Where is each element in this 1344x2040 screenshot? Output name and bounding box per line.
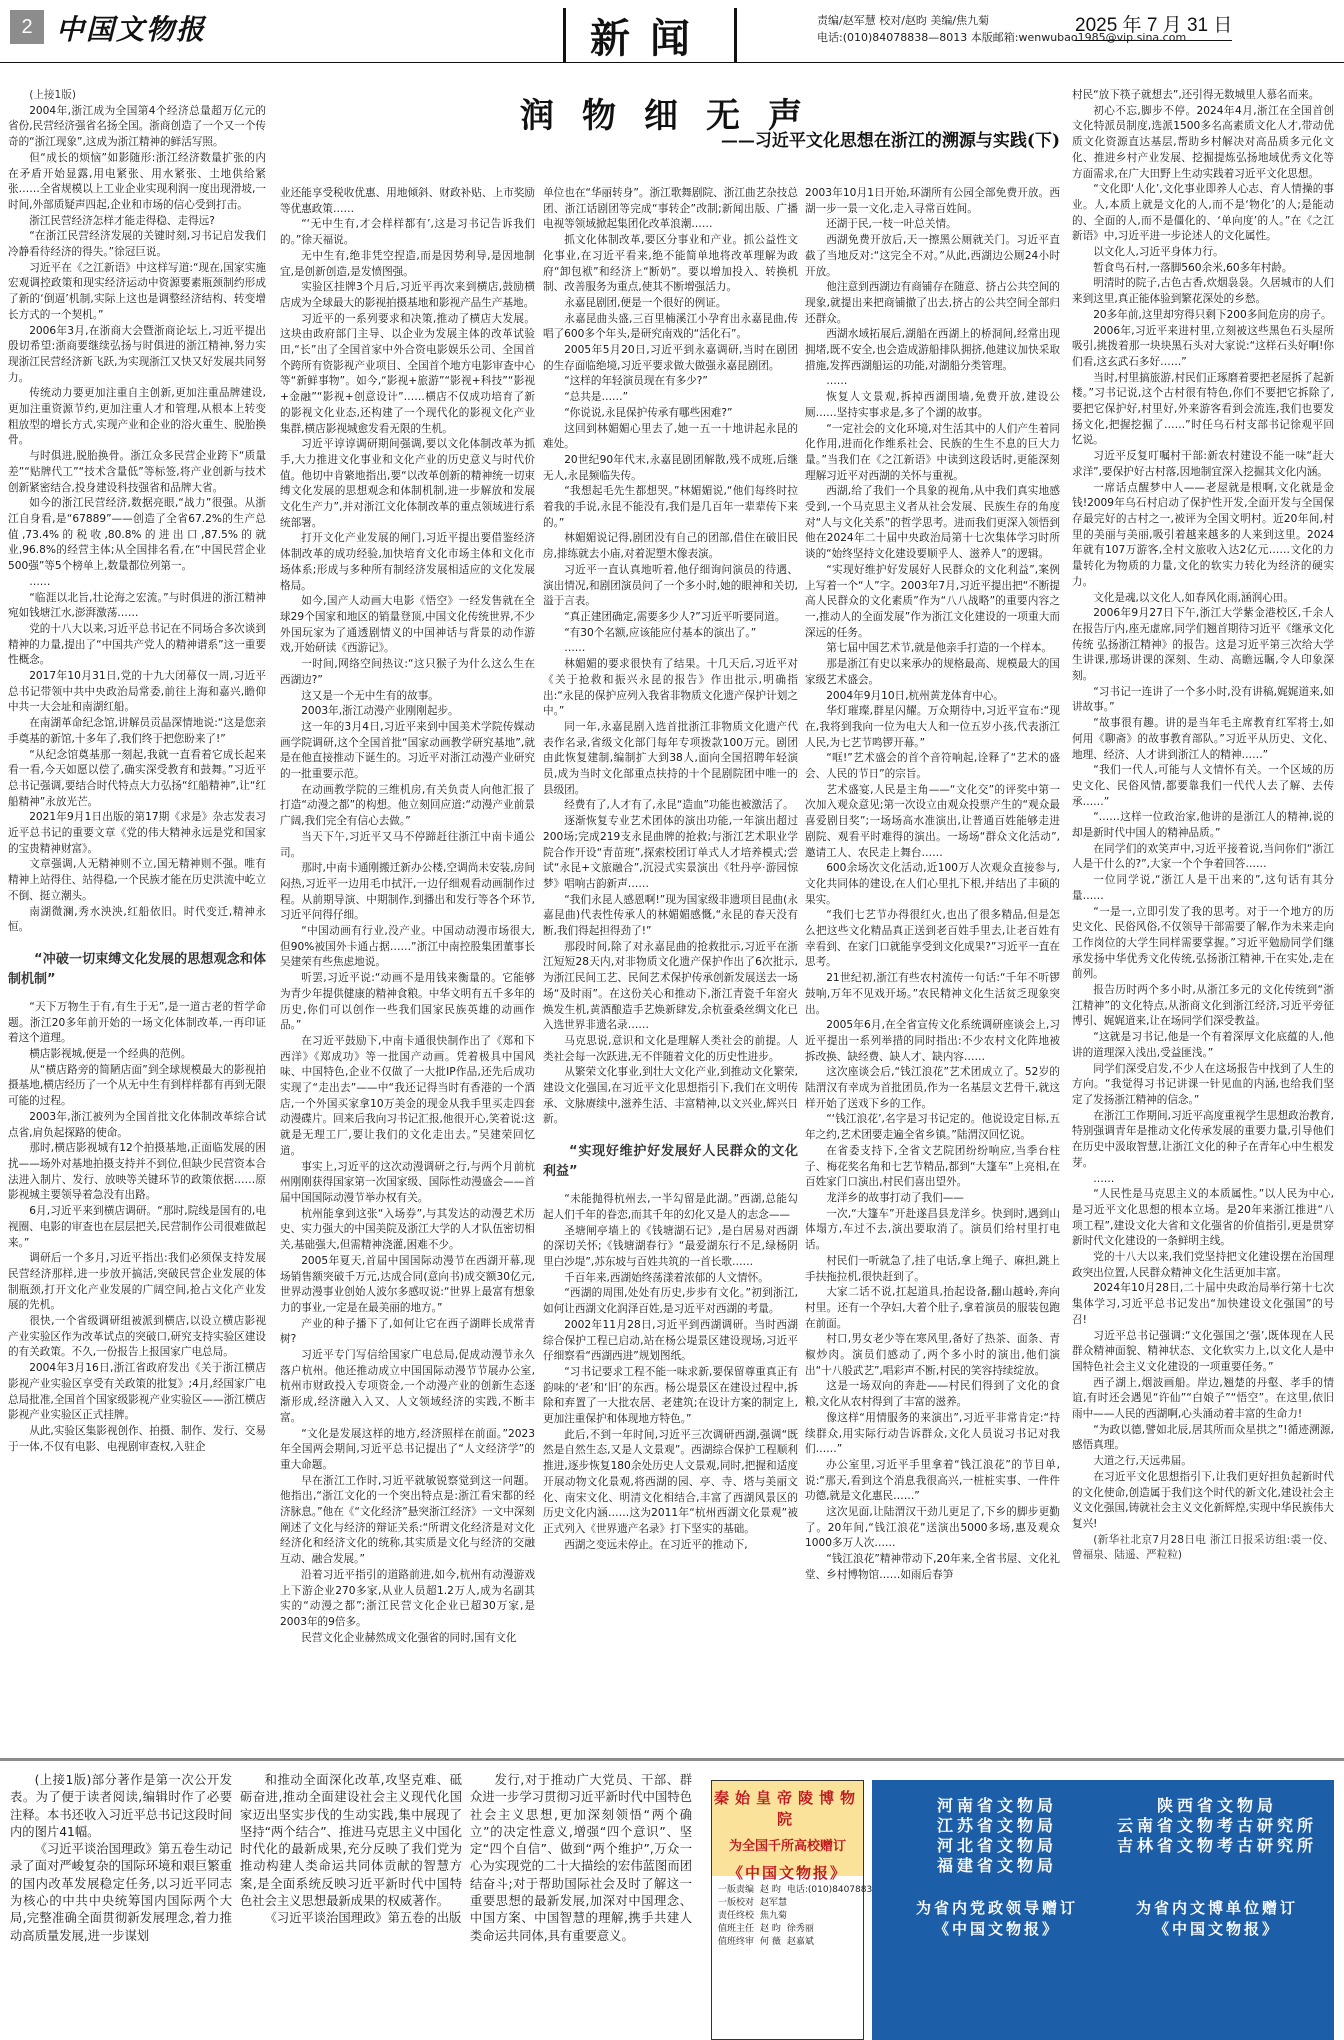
paragraph: 2006年9月27日下午,浙江大学紫金港校区,千余人在报告厅内,座无虚席,同学们… [1072, 606, 1334, 685]
paragraph: 习近平一直认真地听着,他仔细询问演员的待遇、演出情况,和剧团演员问了一个多小时,… [543, 563, 798, 610]
paragraph: 事实上,习近平的这次动漫调研之行,与两个月前杭州刚刚获得国家第一次国家级、国际性… [280, 1160, 535, 1207]
paragraph: 无中生有,绝非凭空捏造,而是因势利导,是因地制宜,是创新创造,是发愤图强。 [280, 249, 535, 280]
paragraph: “钱江浪花”精神带动下,20年来,全省书屋、文化礼堂、乡村博物馆……如雨后春笋 [805, 1552, 1060, 1583]
paragraph: 发行,对于推动广大党员、干部、群众进一步学习贯彻习近平新时代中国特色社会主义思想… [470, 1772, 692, 1945]
paragraph: “习书记一连讲了一个多小时,没有讲稿,娓娓道来,如讲故事。” [1072, 685, 1334, 716]
paragraph: 与时俱进,脱胎换骨。浙江众多民营企业跨下“质量差”“贴牌代工”“技术含量低”等标… [8, 449, 266, 496]
paragraph: “这样的年轻演员现在有多少?” [543, 374, 798, 390]
staff-cell: 赵嘉斌 [787, 1936, 814, 1949]
paragraph: 西湖之变远未停止。在习近平的推动下, [543, 1538, 798, 1554]
paragraph: 从繁荣文化事业,到壮大文化产业,到推动文化繁荣,建设文化强国,在习近平文化思想指… [543, 1065, 798, 1128]
staff-cell: 责任终校 [718, 1910, 754, 1923]
paragraph: 在南湖革命纪念馆,讲解员贡晶深情地说:“这是您亲手奠基的新馆,十多年了,我们终于… [8, 716, 266, 747]
paragraph: “哐!”艺术盛会的首个音符响起,诠释了“艺术的盛会、人民的节日”的宗旨。 [805, 751, 1060, 782]
ad-footer: 为省内文博单位赠订 《中国文物报》 [1112, 1898, 1322, 1940]
staff-cell: 值班主任 [718, 1923, 754, 1936]
paragraph: 在同学们的欢笑声中,习近平接着说,当问你们“浙江人是干什么的?”,大家一个个争着… [1072, 842, 1334, 873]
staff-cell: 赵 昀 [760, 1923, 781, 1936]
article-column-4: 2003年10月1日开始,环湖所有公园全部免费开放。西湖一步一景一文化,走入寻常… [805, 186, 1060, 1740]
paragraph: 2006年3月,在浙商大会暨浙商论坛上,习近平提出殷切希望:浙商要继续弘扬与时俱… [8, 324, 266, 387]
ad-footer-paper: 《中国文物报》 [892, 1919, 1102, 1940]
paragraph: 21世纪初,浙江有些农村流传一句话:“千年不听锣鼓响,万年不见戏开场。”农民精神… [805, 971, 1060, 1018]
paragraph: “西湖的周围,处处有历史,步步有文化。”初到浙江,如何让西湖文化润泽百姓,是习近… [543, 1286, 798, 1317]
paragraph: 实验区挂牌3个月后,习近平再次来到横店,鼓励横店成为全球最大的影视拍摄基地和影视… [280, 280, 535, 311]
paragraph: “这就是习书记,他是一个有着深厚文化底蕴的人,他讲的道理深入浅出,受益匪浅。” [1072, 1030, 1334, 1061]
paragraph: “文化即‘人化’,文化事业即养人心志、育人情操的事业。人,本质上就是文化的人,而… [1072, 182, 1334, 245]
paragraph: 这是一场双向的奔赴——村民们得到了文化的食粮,文化从农村得到了丰富的滋养。 [805, 1379, 1060, 1410]
paragraph: 在动画教学院的三维机房,有关负责人向他汇报了打造“动漫之都”的构想。他立刻回应道… [280, 783, 535, 830]
paragraph: 永嘉昆剧团,便是一个很好的例证。 [543, 296, 798, 312]
paragraph: 圣塘闸亭墙上的《钱塘湖石记》,是白居易对西湖的深切关怀;《钱塘湖春行》“最爱湖东… [543, 1224, 798, 1271]
paragraph: “你说说,永昆保护传承有哪些困难?” [543, 406, 798, 422]
paragraph: “我们一代人,可能与人文情怀有关。一个区域的历史文化、民俗风情,都要靠我们一代代… [1072, 763, 1334, 810]
paragraph: 抓文化体制改革,要区分事业和产业。抓公益性文化事业,在习近平看来,绝不能简单地将… [543, 233, 798, 296]
staff-list: 一版责编赵 昀电话:(010)84078838—6163一版校对赵军慧责任终校焦… [712, 1876, 863, 1957]
paragraph: “天下万物生于有,有生于无”,是一道古老的哲学命题。浙江20多年前开始的一场文化… [8, 1000, 266, 1047]
article-column-2: 业还能享受税收优惠、用地倾斜、财政补贴、上市奖励等优惠政策……“‘无中生有,才会… [280, 186, 535, 1740]
paragraph: 20世纪90年代末,永嘉昆剧团解散,残不成班,后继无人,永昆频临失传。 [543, 453, 798, 484]
org-list: 河南省文物局江苏省文物局河北省文物局福建省文物局 [892, 1796, 1102, 1876]
article-column-1: (上接1版)2004年,浙江成为全国第4个经济总量超万亿元的省份,民营经济强省名… [8, 88, 266, 1740]
paragraph: “为政以德,譬如北辰,居其所而众星拱之”!循迹溯源,感悟真理。 [1072, 1423, 1334, 1454]
paragraph: 恢复人文景观,拆掉西湖围墙,免费开放,建设公厕……坚持实事求是,多了个湖的故事。 [805, 390, 1060, 421]
staff-cell: 一版责编 [718, 1884, 754, 1897]
paragraph: 文章强调,人无精神则不立,国无精神则不强。唯有精神上站得住、站得稳,一个民族才能… [8, 857, 266, 904]
paragraph: 以文化人,习近平身体力行。 [1072, 245, 1334, 261]
divider [734, 8, 737, 62]
paragraph: 产业的种子播下了,如何让它在西子湖畔长成常青树? [280, 1317, 535, 1348]
paragraph: 如今的浙江民营经济,数据亮眼,“战力”很强。从浙江自身看,是“67889”——创… [8, 496, 266, 575]
paragraph: 文化是魂,以文化人,如春风化雨,涵润心田。 [1072, 591, 1334, 607]
paragraph: 当天下午,习近平又马不停蹄赶往浙江中南卡通公司。 [280, 830, 535, 861]
paragraph: “人民性是马克思主义的本质属性。”以人民为中心,是习近平文化思想的根本立场。是2… [1072, 1187, 1334, 1250]
paragraph: 2003年,浙江动漫产业刚刚起步。 [280, 704, 535, 720]
paragraph: 村民“放下筷子就想去”,还引得无数城里人慕名而来。 [1072, 88, 1334, 104]
section-title: 新闻 [566, 7, 734, 64]
paragraph: 早在浙江工作时,习近平就敏锐察觉到这一问题。他指出,“浙江文化的一个突出特点是:… [280, 1474, 535, 1568]
paragraph: 习近平总书记强调:“文化强国之‘强’,既体现在人民群众精神面貌、精神状态、文化软… [1072, 1329, 1334, 1376]
paragraph: 2005年5月20日,习近平到永嘉调研,当时在剧团的生存面临绝境,习近平要求做大… [543, 343, 798, 374]
paragraph: 调研后一个多月,习近平指出:我们必须保支持发展民营经济那样,进一步放开搞活,突破… [8, 1251, 266, 1314]
ad-left-group: 河南省文物局江苏省文物局河北省文物局福建省文物局 为省内党政领导赠订 《中国文物… [892, 1796, 1102, 1940]
paragraph: “中国动画有行业,没产业。中国动动漫市场很大,但90%被国外卡通占据……”浙江中… [280, 924, 535, 971]
paragraph: 杭州能拿到这张“入场券”,与其发达的动漫艺术历史、实力强大的中国美院及浙江大学的… [280, 1207, 535, 1254]
paragraph: 林媚媚的要求很快有了结果。十几天后,习近平对《关于抢救和振兴永昆的报告》作出批示… [543, 657, 798, 720]
paragraph: 在浙江工作期间,习近平高度重视学生思想政治教育,特别强调青年是推动文化传承发展的… [1072, 1109, 1334, 1172]
paragraph: 那段时间,除了对永嘉昆曲的抢救批示,习近平在浙江短短28天内,对非物质文化遗产保… [543, 940, 798, 1034]
paragraph: “真正建团确定,需要多少人?”习近平听要同道。 [543, 610, 798, 626]
staff-row: 一版责编赵 昀电话:(010)84078838—6163 [718, 1884, 857, 1897]
paragraph: 2003年,浙江被列为全国首批文化体制改革综合试点省,肩负起探路的使命。 [8, 1110, 266, 1141]
staff-cell: 赵 昀 [760, 1884, 781, 1897]
paragraph: …… [1072, 1172, 1334, 1188]
paragraph: 一时间,网络空间热议:“这只猴子为什么这么生在西湖边?” [280, 657, 535, 688]
paragraph: “‘钱江浪花’,名字是习书记定的。他说设定目标,五年之约,艺术团要走遍全省乡镇。… [805, 1112, 1060, 1143]
paragraph: 这次见面,让陆渭汉干劲儿更足了,下乡的脚步更勤了。20年间,“钱江浪花”送演出5… [805, 1505, 1060, 1552]
bottom-article-column-1: (上接1版)部分著作是第一次公开发表。为了便于读者阅读,编辑时作了必要注释。本书… [10, 1772, 232, 2040]
paragraph: 当时,村里搞旅游,村民们正琢磨着要把老屋拆了起新楼。”习书记说,这个古村很有特色… [1072, 371, 1334, 450]
paragraph: “总共是……” [543, 390, 798, 406]
newspaper-logo: 中国文物报 [56, 8, 206, 48]
article-subtitle: ——习近平文化思想在浙江的溯源与实践(下) [530, 126, 1060, 151]
paragraph: 《习近平谈治国理政》第五卷的出版 [240, 1910, 462, 1927]
staff-row: 一版校对赵军慧 [718, 1897, 857, 1910]
paragraph: 2005年6月,在全省宣传文化系统调研座谈会上,习近平提出一系列举措的同时指出:… [805, 1018, 1060, 1065]
paragraph: 大道之行,天远弗届。 [1072, 1454, 1334, 1470]
paragraph: 南湖微澜,秀水泱泱,红船依旧。时代变迁,精神永恒。 [8, 905, 266, 936]
paragraph: (上接1版)部分著作是第一次公开发表。为了便于读者阅读,编辑时作了必要注释。本书… [10, 1772, 232, 1841]
paragraph: “我们七艺节办得很红火,也出了很多精品,但是怎么把这些文化精品真正送到老百姓手里… [805, 908, 1060, 971]
paragraph: “故事很有趣。讲的是当年毛主席教育红军将士,如何用《聊斋》的故事教育部队。”习近… [1072, 716, 1334, 763]
section-heading: “冲破一切束缚文化发展的思想观念和体制机制” [8, 950, 266, 990]
paragraph: “我想起毛先生都想哭。”林媚媚说,“他们每终时拉着我的手说,永昆不能没有,我们是… [543, 484, 798, 531]
paragraph: 如今,国产人动画大电影《悟空》一经发售就在全球29个国家和地区的销量登顶,中国文… [280, 594, 535, 657]
paragraph: 初心不忘,脚步不停。2024年4月,浙江在全国首创文化特派员制度,选派1500多… [1072, 104, 1334, 183]
paragraph: 村民们一听就急了,挂了电话,拿上绳子、麻担,跳上手扶拖拉机,很快赶到了。 [805, 1254, 1060, 1285]
paragraph: 那时,中南卡通刚搬迁新办公楼,空调尚未安装,房间闷热,习近平一边用毛巾拭汗,一边… [280, 861, 535, 924]
paragraph: 习近平专门写信给国家广电总局,促成动漫节永久落户杭州。他还推动成立中国国际动漫节… [280, 1348, 535, 1427]
paragraph: 在省委支持下,全省文艺院团纷纷响应,当季台柱子、梅花奖名角和七艺节精品,都到“大… [805, 1144, 1060, 1191]
paragraph: 同学们深受启发,不少人在这场报告中找到了人生的方向。“我觉得习书记讲课一针见血的… [1072, 1062, 1334, 1109]
paragraph: 2004年9月10日,杭州黄龙体育中心。 [805, 689, 1060, 705]
paragraph: 千百年来,西湖始终荡漾着浓郁的人文情怀。 [543, 1271, 798, 1287]
paragraph: 华灯璀璨,群星闪耀。万众期待中,习近平宣布:“现在,我将到我向一位为电大人和一位… [805, 704, 1060, 751]
org-name: 河北省文物局 [892, 1836, 1102, 1856]
bottom-article-column-3: 发行,对于推动广大党员、干部、群众进一步学习贯彻习近平新时代中国特色社会主义思想… [470, 1772, 692, 2040]
paragraph: 2003年10月1日开始,环湖所有公园全部免费开放。西湖一步一景一文化,走入寻常… [805, 186, 1060, 217]
paragraph: 林媚媚说记得,剧团没有自己的团部,借住在破旧民房,排练就去小庙,对着泥塑木像表演… [543, 531, 798, 562]
paragraph: 2017年10月31日,党的十九大闭幕仅一周,习近平总书记带领中共中央政治局常委… [8, 669, 266, 716]
paragraph: 逐渐恢复专业艺术团体的演出功能,一年演出超过200场;完成219支永昆曲牌的抢救… [543, 814, 798, 893]
paragraph: “未能抛得杭州去,一半勾留是此湖。”西湖,总能勾起人们千年的眷恋,而其千年的幻化… [543, 1192, 798, 1223]
ad-right-group: 陕西省文物局云南省文物考古研究所吉林省文物考古研究所 为省内文博单位赠订 《中国… [1112, 1796, 1322, 1940]
paragraph: 和推动全面深化改革,攻坚克难、砥砺奋进,推动全面建设社会主义现代化国家迈出坚实步… [240, 1772, 462, 1910]
paragraph: 习近平的一系列要求和决策,推动了横店大发展。这块由政府部门主导、以企业为发展主体… [280, 312, 535, 438]
paragraph: 第七届中国艺术节,就是他亲手打造的一个样本。 [805, 641, 1060, 657]
org-name: 吉林省文物考古研究所 [1112, 1836, 1322, 1856]
paragraph: “一定社会的文化环境,对生活其中的人们产生着同化作用,进而化作维系社会、民族的生… [805, 422, 1060, 485]
staff-cell: 徐秀丽 [787, 1923, 814, 1936]
masthead: 2 中国文物报 新闻 责编/赵军慧 校对/赵昀 美编/焦九菊 电话:(010)8… [0, 0, 1344, 70]
org-name: 河南省文物局 [892, 1796, 1102, 1816]
paragraph: 2004年,浙江成为全国第4个经济总量超万亿元的省份,民营经济强省名扬全国。浙商… [8, 104, 266, 151]
paragraph: 单位也在“华丽转身”。浙江歌舞剧院、浙江曲艺杂技总团、浙江话剧团等完成“事转企”… [543, 186, 798, 233]
paragraph: 沿着习近平指引的道路前进,如今,杭州有动漫游戏上下游企业270多家,从业人员超1… [280, 1568, 535, 1631]
staff-row: 责任终校焦九菊 [718, 1910, 857, 1923]
paragraph: 在习近平鼓励下,中南卡通很快制作出了《郑和下西洋》《郑成功》等一批国产动画。凭着… [280, 1034, 535, 1160]
section-header: 新闻 [563, 8, 737, 62]
bottom-article-column-2: 和推动全面深化改革,攻坚克难、砥砺奋进,推动全面建设社会主义现代化国家迈出坚实步… [240, 1772, 462, 2040]
paragraph: 从“横店路旁的简陋店面”到全球规模最大的影视拍摄基地,横店经历了一个从无中生有到… [8, 1063, 266, 1110]
ad-footer-line: 为省内文博单位赠订 [1112, 1898, 1322, 1919]
paragraph: (上接1版) [8, 88, 266, 104]
org-name: 福建省文物局 [892, 1856, 1102, 1876]
staff-cell: 值班终审 [718, 1936, 754, 1949]
paragraph: 暂食鸟石村,一落脚560余米,60多年村龄。 [1072, 261, 1334, 277]
paragraph: 永嘉昆曲头盛,三百里楠溪江小孕育出永嘉昆曲,传唱了600多个年头,是研究南戏的“… [543, 312, 798, 343]
paragraph: 同一年,永嘉昆剧入选首批浙江非物质文化遗产代表作名录,省级文化部门每年专项拨款1… [543, 720, 798, 799]
paragraph: 但“成长的烦恼”如影随形:浙江经济数量扩张的内在矛盾开始显露,用电紧张、用水紧张… [8, 151, 266, 214]
paragraph: 2021年9月1日出版的第17期《求是》杂志发表习近平总书记的重要文章《党的伟大… [8, 810, 266, 857]
paragraph: 村口,男女老少等在寒风里,备好了热茶、面条、青椒炒肉。演员们感动了,两个多小时的… [805, 1332, 1060, 1379]
paragraph: 党的十八大以来,我们党坚持把文化建设摆在治国理政突出位置,人民群众精神文化生活更… [1072, 1250, 1334, 1281]
paragraph: 西湖免费开放后,天一擦黑公厕就关门。习近平直截了当地反对:“这完全不对。”从此,… [805, 233, 1060, 280]
paragraph: “文化是发展这样的地方,经济照样在前面。”2023年全国两会期间,习近平总书记提… [280, 1427, 535, 1474]
paragraph: 业还能享受税收优惠、用地倾斜、财政补贴、上市奖励等优惠政策…… [280, 186, 535, 217]
staff-cell: 赵军慧 [760, 1897, 787, 1910]
paragraph: 这次座谈会后,“钱江浪花”艺术团成立了。52岁的陆渭汉有幸成为首批团员,作为一名… [805, 1065, 1060, 1112]
paragraph: 经费有了,人才有了,永昆“造血”功能也被激活了。 [543, 798, 798, 814]
paragraph: 西湖水域拓展后,湖船在西湖上的桥洞间,经常出现拥堵,既不安全,也会造成游船排队拥… [805, 327, 1060, 374]
ad-sponsor: 秦始皇帝陵博物院 [712, 1787, 863, 1829]
paragraph: 打开文化产业发展的闸门,习近平提出要借鉴经济体制改革的成功经验,加快培育文化市场… [280, 531, 535, 594]
paragraph: 西子湖上,烟波画船。岸边,翘楚的丹壑、孝手的情谊,有时还会遇见“许仙”“白娘子”… [1072, 1376, 1334, 1423]
paragraph: “从纪念馆奠基那一刻起,我就一直看着它成长起来看一看,今天如愿以偿了,确实深受教… [8, 748, 266, 811]
ad-footer-line: 为省内党政领导赠订 [892, 1898, 1102, 1919]
paragraph: 横店影视城,便是一个经典的范例。 [8, 1047, 266, 1063]
paragraph: 传统动力要更加注重自主创新,更加注重品牌建设,更加注重资源节约,更加注重人才和管… [8, 386, 266, 449]
paragraph: 2005年夏天,首届中国国际动漫节在西湖开幕,现场销售额突破千万元,达成合同(意… [280, 1254, 535, 1317]
org-name: 陕西省文物局 [1112, 1796, 1322, 1816]
paragraph: 这回到林媚媚心里去了,她一五一十地讲起永昆的难处。 [543, 422, 798, 453]
paragraph: 西湖,给了我们一个具象的视角,从中我们真实地感受到,一个马克思主义者从社会发展、… [805, 484, 1060, 563]
paragraph: “实现好维护好发展好人民群众的文化利益”,案例上写着一个“人”字。2003年7月… [805, 563, 1060, 642]
org-name: 云南省文物考古研究所 [1112, 1816, 1322, 1836]
paragraph: 那是浙江有史以来承办的规格最高、规模最大的国家级艺术盛会。 [805, 657, 1060, 688]
paragraph: 听罢,习近平说:“动画不是用钱来衡量的。它能够为青少年提供健康的精神食粮。中华文… [280, 971, 535, 1034]
ad-paper-name: 《中国文物报》 [712, 1862, 863, 1883]
paragraph: 他注意到西湖边有商铺存在随意、挤占公共空间的现象,就提出来把商铺撤了出去,挤占的… [805, 280, 1060, 327]
paragraph: 2006年,习近平来进村里,立刻被这些黑色石头屋所吸引,挑拨着那一块块黑石头对大… [1072, 324, 1334, 371]
ad-footer: 为省内党政领导赠订 《中国文物报》 [892, 1898, 1102, 1940]
paragraph: (新华社北京7月28日电 浙江日报采访组:裘一佼、曾福泉、陆遥、严粒粒) [1072, 1533, 1334, 1564]
paragraph: “临涯以北旨,壮论海之宏流。”与时俱进的浙江精神宛如钱塘江水,澎湃激荡…… [8, 591, 266, 622]
paragraph: 明清时的院子,古色古香,炊烟袅袅。久居城市的人们来到这里,真正能体验到繁花深处的… [1072, 276, 1334, 307]
paragraph: 这一年的3月4日,习近平来到中国美术学院传媒动画学院调研,这个全国首批“国家动画… [280, 720, 535, 783]
paragraph: 从此,实验区集影视创作、拍摄、制作、发行、交易于一体,不仅有电影、电视剧审查权,… [8, 1424, 266, 1455]
paragraph: 2024年10月28日,二十届中央政治局举行第十七次集体学习,习近平总书记发出“… [1072, 1281, 1334, 1328]
paragraph: 马克思说,意识和文化是理解人类社会的前提。人类社会每一次跃进,无不伴随着文化的历… [543, 1034, 798, 1065]
paragraph: “习书记要求工程不能一味求新,要保留尊重真正有韵味的‘老’和‘旧’的东西。杨公堤… [543, 1365, 798, 1428]
article-column-3: 单位也在“华丽转身”。浙江歌舞剧院、浙江曲艺杂技总团、浙江话剧团等完成“事转企”… [543, 186, 798, 1740]
paragraph: …… [805, 374, 1060, 390]
ad-banner: 秦始皇帝陵博物院 为全国千所高校赠订 《中国文物报》 [712, 1781, 863, 1876]
paragraph: 那时,横店影视城有12个拍摄基地,正面临发展的困扰——场外对基地拍摄支持并不到位… [8, 1141, 266, 1204]
staff-row: 值班主任赵 昀徐秀丽 [718, 1923, 857, 1936]
paragraph: 大家二话不说,扛起道具,抬起设备,翻山越岭,奔向村里。还有一个孕妇,大着个肚子,… [805, 1285, 1060, 1332]
paragraph: 艺术盛宴,人民是主角——“文化交”的评奖中第一次加入观众意见;第一次设立由观众投… [805, 783, 1060, 862]
ad-provincial-bureaus: 河南省文物局江苏省文物局河北省文物局福建省文物局 为省内党政领导赠订 《中国文物… [872, 1780, 1334, 2040]
paragraph: 报告历时两个多小时,从浙江多元的文化传统到“浙江精神”的文化特点,从浙商文化到浙… [1072, 983, 1334, 1030]
paragraph: 浙江民营经济怎样才能走得稳、走得远? [8, 214, 266, 230]
paragraph: 习近平谆谆调研期间强调,要以文化体制改革为抓手,大力推进文化事业和文化产业的历史… [280, 437, 535, 531]
paragraph: 办公室里,习近平手里拿着“钱江浪花”的节目单,说:“那天,看到这个消息我很高兴,… [805, 1458, 1060, 1505]
publication-date: 2025 年 7 月 31 日 [1075, 10, 1232, 41]
paragraph: “在浙江民营经济发展的关键时刻,习书记启发我们冷静看待经济的得失。”徐冠巨说。 [8, 229, 266, 260]
ad-qin-museum: 秦始皇帝陵博物院 为全国千所高校赠订 《中国文物报》 一版责编赵 昀电话:(01… [711, 1780, 864, 2040]
paragraph: “有30个名额,应该能应付基本的演出了。” [543, 626, 798, 642]
paragraph: 600余场次文化活动,近100万人次观众直接参与,文化共同体的建设,在人们心里扎… [805, 861, 1060, 908]
paragraph: 2002年11月28日,习近平到西湖调研。当时西湖综合保护工程已启动,站在杨公堤… [543, 1318, 798, 1365]
paragraph: 还湖于民,一枝一叶总关情。 [805, 217, 1060, 233]
paragraph: 6月,习近平来到横店调研。“那时,院线是国有的,电视圈、电影的审查也在层层把关,… [8, 1204, 266, 1251]
paragraph: “我们永昆人感恩啊!”现为国家级非遗项目昆曲(永嘉昆曲)代表性传承人的林媚媚感慨… [543, 893, 798, 940]
staff-cell: 一版校对 [718, 1897, 754, 1910]
staff-cell: 焦九菊 [760, 1910, 787, 1923]
masthead-rule [0, 62, 1344, 63]
paragraph: 党的十八大以来,习近平总书记在不同场合多次谈到精神的力量,提出了“中国共产党人的… [8, 622, 266, 669]
paragraph: “……这样一位政治家,他讲的是浙江人的精神,说的却是新时代中国人的精神品质。” [1072, 810, 1334, 841]
paragraph: 在习近平文化思想指引下,让我们更好担负起新时代的文化使命,创造属于我们这个时代的… [1072, 1470, 1334, 1533]
paragraph: 这又是一个无中生有的故事。 [280, 689, 535, 705]
paragraph: “一是一,立即引发了我的思考。对于一个地方的历史文化、民俗风俗,不仅领导干部需要… [1072, 905, 1334, 984]
paragraph: 习近平反复叮嘱村干部:新农村建设不能一味“赶大求洋”,要保护好古村落,因地制宜深… [1072, 449, 1334, 480]
paragraph: …… [543, 641, 798, 657]
paragraph: 2004年3月16日,浙江省政府发出《关于浙江横店影视产业实验区享受有关政策的批… [8, 1361, 266, 1424]
org-list: 陕西省文物局云南省文物考古研究所吉林省文物考古研究所 [1112, 1796, 1322, 1856]
paragraph: 一次,“大篷车”开赴遂昌县龙洋乡。快到时,遇到山体塌方,车过不去,演出要取消了。… [805, 1207, 1060, 1254]
ad-slogan: 为全国千所高校赠订 [712, 1835, 863, 1854]
section-heading: “实现好维护好发展好人民群众的文化利益” [543, 1142, 798, 1182]
paragraph: 龙洋乡的故事打动了我们—— [805, 1191, 1060, 1207]
section-divider [0, 1758, 1344, 1761]
paragraph: 习近平在《之江新语》中这样写道:“现在,国家实施宏观调控政策和现实经济运动中资源… [8, 261, 266, 324]
staff-row: 值班终审何 薇赵嘉斌 [718, 1936, 857, 1949]
article-column-5: 村民“放下筷子就想去”,还引得无数城里人慕名而来。初心不忘,脚步不停。2024年… [1072, 88, 1334, 1740]
paragraph: 《习近平谈治国理政》第五卷生动记录了面对严峻复杂的国际环境和艰巨繁重的国内改革发… [10, 1841, 232, 1945]
paragraph: 像这样“用情服务的来演出”,习近平非常肯定:“持续群众,用实际行动告诉群众,文化… [805, 1411, 1060, 1458]
paragraph: 20多年前,这里却穷得只剩下200多间危房的房子。 [1072, 308, 1334, 324]
org-name: 江苏省文物局 [892, 1816, 1102, 1836]
staff-cell: 何 薇 [760, 1936, 781, 1949]
page-number: 2 [10, 10, 44, 44]
paragraph: “‘无中生有,才会样样都有’,这是习书记告诉我们的。”徐天福说。 [280, 217, 535, 248]
paragraph: 一位同学说,“浙江人是干出来的”,这句话有其分量…… [1072, 873, 1334, 904]
paragraph: 一席话点醒梦中人——老屋就是根啊,文化就是金钱!2009年乌石村启动了保护性开发… [1072, 481, 1334, 591]
paragraph: 此后,不到一年时间,习近平三次调研西湖,强调“既然是自然生态,又是人文景观”。西… [543, 1428, 798, 1538]
ad-footer-paper: 《中国文物报》 [1112, 1919, 1322, 1940]
paragraph: …… [8, 575, 266, 591]
paragraph: 民营文化企业赫然成文化强省的同时,国有文化 [280, 1631, 535, 1647]
paragraph: 很快,一个省级调研组被派到横店,以设立横店影视产业实验区作为改革试点的突破口,研… [8, 1314, 266, 1361]
